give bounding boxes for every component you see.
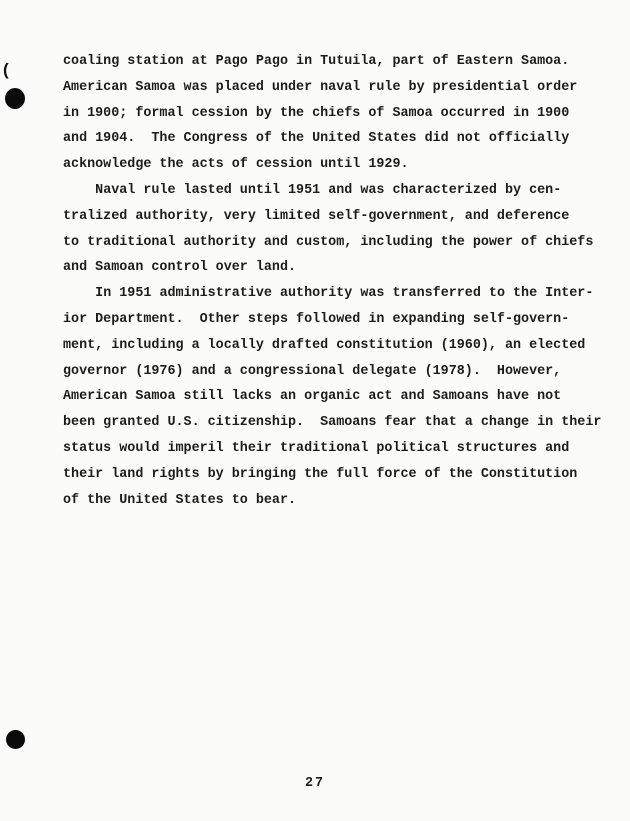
paragraph-1: coaling station at Pago Pago in Tutuila,… bbox=[63, 49, 615, 178]
paragraph-3: In 1951 administrative authority was tra… bbox=[63, 281, 615, 513]
ink-dot-top bbox=[5, 88, 25, 109]
document-page: ( coaling station at Pago Pago in Tutuil… bbox=[0, 0, 630, 821]
body-text: coaling station at Pago Pago in Tutuila,… bbox=[63, 49, 615, 513]
margin-paren-mark: ( bbox=[1, 62, 11, 81]
ink-dot-bottom bbox=[6, 730, 25, 749]
page-number: 27 bbox=[0, 776, 630, 791]
paragraph-2: Naval rule lasted until 1951 and was cha… bbox=[63, 178, 615, 281]
